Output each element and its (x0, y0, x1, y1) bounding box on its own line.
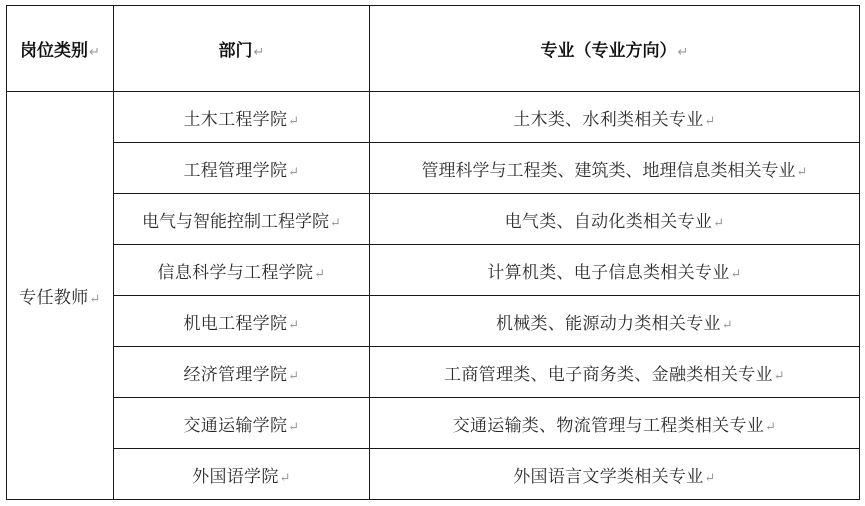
paragraph-mark-icon: ↵ (731, 267, 742, 282)
paragraph-mark-icon: ↵ (678, 45, 689, 60)
department-cell: 信息科学与工程学院↵ (114, 245, 370, 296)
paragraph-mark-icon: ↵ (314, 267, 325, 282)
department-cell: 机电工程学院↵ (114, 296, 370, 347)
table-row: 机电工程学院↵ 机械类、能源动力类相关专业↵ (7, 296, 860, 347)
paragraph-mark-icon: ↵ (797, 165, 808, 180)
table-row: 信息科学与工程学院↵ 计算机类、电子信息类相关专业↵ (7, 245, 860, 296)
department-cell: 外国语学院↵ (114, 449, 370, 500)
major-cell: 交通运输类、物流管理与工程类相关专业↵ (370, 398, 860, 449)
paragraph-mark-icon: ↵ (330, 216, 341, 231)
paragraph-mark-icon: ↵ (89, 45, 100, 60)
table-row: 交通运输学院↵ 交通运输类、物流管理与工程类相关专业↵ (7, 398, 860, 449)
paragraph-mark-icon: ↵ (288, 165, 299, 180)
paragraph-mark-icon: ↵ (288, 369, 299, 384)
department-cell: 交通运输学院↵ (114, 398, 370, 449)
paragraph-mark-icon: ↵ (705, 114, 716, 129)
table-row: 工程管理学院↵ 管理科学与工程类、建筑类、地理信息类相关专业↵ (7, 143, 860, 194)
header-major: 专业（专业方向）↵ (370, 6, 860, 92)
department-cell: 电气与智能控制工程学院↵ (114, 194, 370, 245)
header-category: 岗位类别↵ (7, 6, 114, 92)
paragraph-mark-icon: ↵ (774, 369, 785, 384)
table-row: 专任教师↵ 土木工程学院↵ 土木类、水利类相关专业↵ (7, 92, 860, 143)
category-cell: 专任教师↵ (7, 92, 114, 500)
major-cell: 电气类、自动化类相关专业↵ (370, 194, 860, 245)
department-cell: 经济管理学院↵ (114, 347, 370, 398)
paragraph-mark-icon: ↵ (765, 420, 776, 435)
major-cell: 土木类、水利类相关专业↵ (370, 92, 860, 143)
paragraph-mark-icon: ↵ (280, 471, 291, 486)
paragraph-mark-icon: ↵ (713, 216, 724, 231)
table-row: 经济管理学院↵ 工商管理类、电子商务类、金融类相关专业↵ (7, 347, 860, 398)
paragraph-mark-icon: ↵ (288, 318, 299, 333)
major-cell: 机械类、能源动力类相关专业↵ (370, 296, 860, 347)
department-cell: 土木工程学院↵ (114, 92, 370, 143)
major-cell: 工商管理类、电子商务类、金融类相关专业↵ (370, 347, 860, 398)
position-table: 岗位类别↵ 部门↵ 专业（专业方向）↵ 专任教师↵ 土木工程学院↵ 土木类、水利… (6, 5, 860, 500)
major-cell: 管理科学与工程类、建筑类、地理信息类相关专业↵ (370, 143, 860, 194)
paragraph-mark-icon: ↵ (705, 471, 716, 486)
major-cell: 计算机类、电子信息类相关专业↵ (370, 245, 860, 296)
paragraph-mark-icon: ↵ (90, 292, 101, 307)
paragraph-mark-icon: ↵ (722, 318, 733, 333)
table-row: 外国语学院↵ 外国语言文学类相关专业↵ (7, 449, 860, 500)
major-cell: 外国语言文学类相关专业↵ (370, 449, 860, 500)
table-row: 电气与智能控制工程学院↵ 电气类、自动化类相关专业↵ (7, 194, 860, 245)
paragraph-mark-icon: ↵ (288, 420, 299, 435)
header-department: 部门↵ (114, 6, 370, 92)
paragraph-mark-icon: ↵ (288, 114, 299, 129)
department-cell: 工程管理学院↵ (114, 143, 370, 194)
header-row: 岗位类别↵ 部门↵ 专业（专业方向）↵ (7, 6, 860, 92)
paragraph-mark-icon: ↵ (254, 45, 265, 60)
